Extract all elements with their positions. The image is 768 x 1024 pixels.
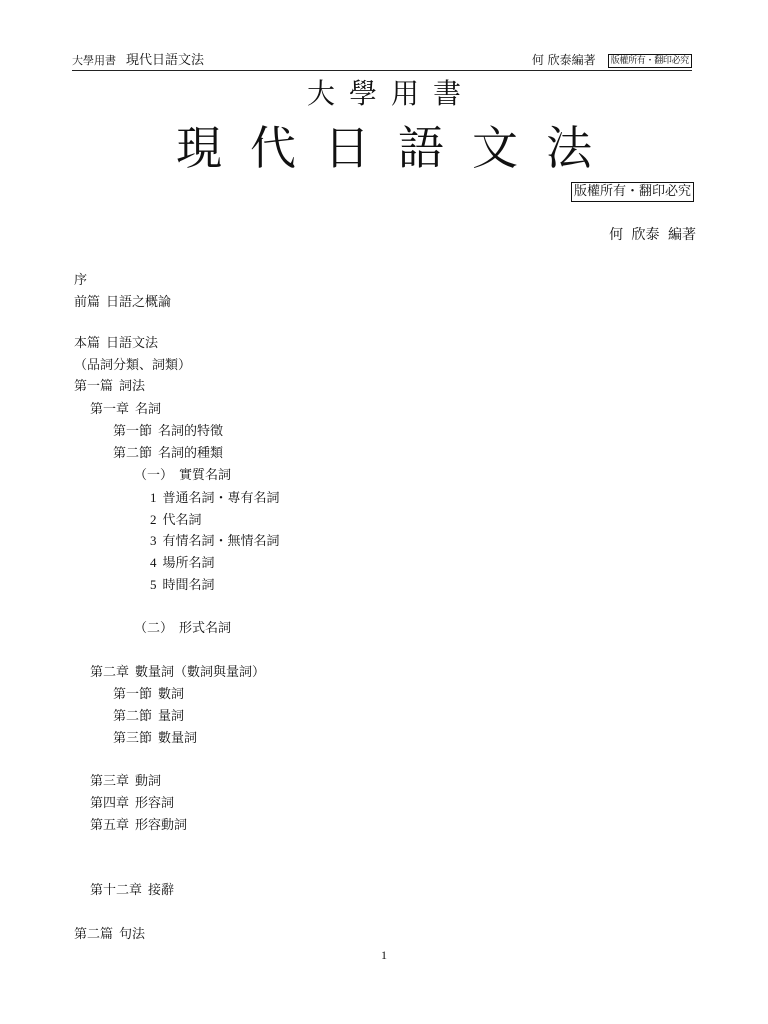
- toc-entry-text: 動詞: [135, 774, 161, 789]
- book-title: 現代日語文法: [0, 118, 768, 178]
- toc-entry: 第二節名詞的種類: [113, 445, 223, 463]
- toc-entry: 第四章形容詞: [90, 795, 174, 813]
- editor-credit: 何 欣泰 編著: [609, 226, 696, 244]
- toc-entry: 本篇日語文法: [74, 335, 158, 353]
- toc-entry: 第一章名詞: [90, 401, 161, 419]
- toc-entry-text: 數詞: [158, 687, 184, 702]
- toc-entry: 5時間名詞: [150, 576, 215, 595]
- toc-entry: 第一節數詞: [113, 686, 184, 704]
- toc-entry-text: 數量詞（數詞與量詞）: [135, 665, 265, 680]
- toc-entry-text: 接辭: [148, 883, 174, 898]
- toc-entry: 第二節量詞: [113, 708, 184, 726]
- document-page: 大學用書現代日語文法 何 欣泰編著版權所有・翻印必究 大學用書 現代日語文法 版…: [0, 0, 768, 1024]
- toc-entry: （一）實質名詞: [134, 467, 231, 485]
- toc-entry-prefix: 第一節: [113, 424, 152, 439]
- page-number: 1: [0, 948, 768, 962]
- toc-entry-text: 代名詞: [163, 513, 202, 528]
- toc-entry: 前篇日語之概論: [74, 294, 171, 312]
- toc-entry: 第二篇句法: [74, 926, 145, 944]
- running-header-author: 何 欣泰編著: [532, 53, 596, 67]
- toc-entry-text: 日語之概論: [106, 295, 171, 310]
- toc-entry-text: 量詞: [158, 709, 184, 724]
- toc-entry-text: 日語文法: [106, 336, 158, 351]
- toc-entry-prefix: 第五章: [90, 818, 129, 833]
- toc-entry: 第三章動詞: [90, 773, 161, 791]
- toc-entry-text: 普通名詞・專有名詞: [163, 491, 280, 506]
- toc-entry-prefix: （一）: [134, 468, 173, 483]
- toc-entry-text: 時間名詞: [163, 578, 215, 593]
- toc-entry-prefix: 第十二章: [90, 883, 142, 898]
- toc-entry: 第五章形容動詞: [90, 817, 187, 835]
- toc-entry-text: 形容詞: [135, 796, 174, 811]
- toc-entry-prefix: 前篇: [74, 295, 100, 310]
- toc-entry-text: 實質名詞: [179, 468, 231, 483]
- toc-entry: 序: [74, 272, 87, 290]
- toc-entry-number: 3: [150, 533, 157, 548]
- toc-entry-text: 序: [74, 273, 87, 288]
- toc-entry-text: 場所名詞: [163, 556, 215, 571]
- toc-entry-prefix: 第一篇: [74, 379, 113, 394]
- running-header-right: 何 欣泰編著版權所有・翻印必究: [532, 52, 692, 69]
- toc-entry-prefix: 第三章: [90, 774, 129, 789]
- toc-entry-number: 4: [150, 555, 157, 570]
- book-subtitle: 大學用書: [0, 76, 768, 112]
- toc-entry: 2代名詞: [150, 511, 202, 530]
- toc-entry-prefix: 第四章: [90, 796, 129, 811]
- toc-entry-number: 2: [150, 512, 157, 527]
- toc-entry-text: 形式名詞: [179, 621, 231, 636]
- running-header-book-kind: 大學用書: [72, 54, 116, 67]
- toc-entry-text: 名詞的種類: [158, 446, 223, 461]
- toc-entry: 第三節數量詞: [113, 730, 197, 748]
- toc-entry-number: 1: [150, 490, 157, 505]
- toc-entry-text: 形容動詞: [135, 818, 187, 833]
- toc-entry-prefix: 第二章: [90, 665, 129, 680]
- toc-entry-text: 詞法: [119, 379, 145, 394]
- toc-entry: 3有情名詞・無情名詞: [150, 532, 280, 551]
- toc-entry-prefix: （二）: [134, 621, 173, 636]
- toc-entry-number: 5: [150, 577, 157, 592]
- toc-entry-text: 句法: [119, 927, 145, 942]
- toc-entry-prefix: 第一章: [90, 402, 129, 417]
- running-header-left: 大學用書現代日語文法: [72, 52, 204, 69]
- running-header-copyright: 版權所有・翻印必究: [608, 54, 692, 68]
- toc-entry-text: 數量詞: [158, 731, 197, 746]
- toc-entry-prefix: 第一節: [113, 687, 152, 702]
- toc-entry: 4場所名詞: [150, 554, 215, 573]
- running-header: 大學用書現代日語文法 何 欣泰編著版權所有・翻印必究: [72, 52, 692, 71]
- toc-entry-prefix: 第三節: [113, 731, 152, 746]
- toc-entry-text: 有情名詞・無情名詞: [163, 534, 280, 549]
- toc-entry-text: 名詞的特徵: [158, 424, 223, 439]
- toc-entry: 第一節名詞的特徵: [113, 423, 223, 441]
- toc-entry: 第一篇詞法: [74, 378, 145, 396]
- toc-entry-prefix: 本篇: [74, 336, 100, 351]
- toc-entry-text: （品詞分類、詞類）: [74, 358, 191, 373]
- copyright-notice: 版權所有・翻印必究: [571, 182, 694, 202]
- toc-entry: （二）形式名詞: [134, 620, 231, 638]
- toc-entry-prefix: 第二節: [113, 709, 152, 724]
- toc-entry: （品詞分類、詞類）: [74, 357, 191, 375]
- toc-entry: 第十二章接辭: [90, 882, 174, 900]
- toc-entry-prefix: 第二節: [113, 446, 152, 461]
- toc-entry-text: 名詞: [135, 402, 161, 417]
- toc-entry-prefix: 第二篇: [74, 927, 113, 942]
- running-header-book-title: 現代日語文法: [126, 53, 204, 68]
- toc-entry: 1普通名詞・專有名詞: [150, 489, 280, 508]
- toc-entry: 第二章數量詞（數詞與量詞）: [90, 664, 265, 682]
